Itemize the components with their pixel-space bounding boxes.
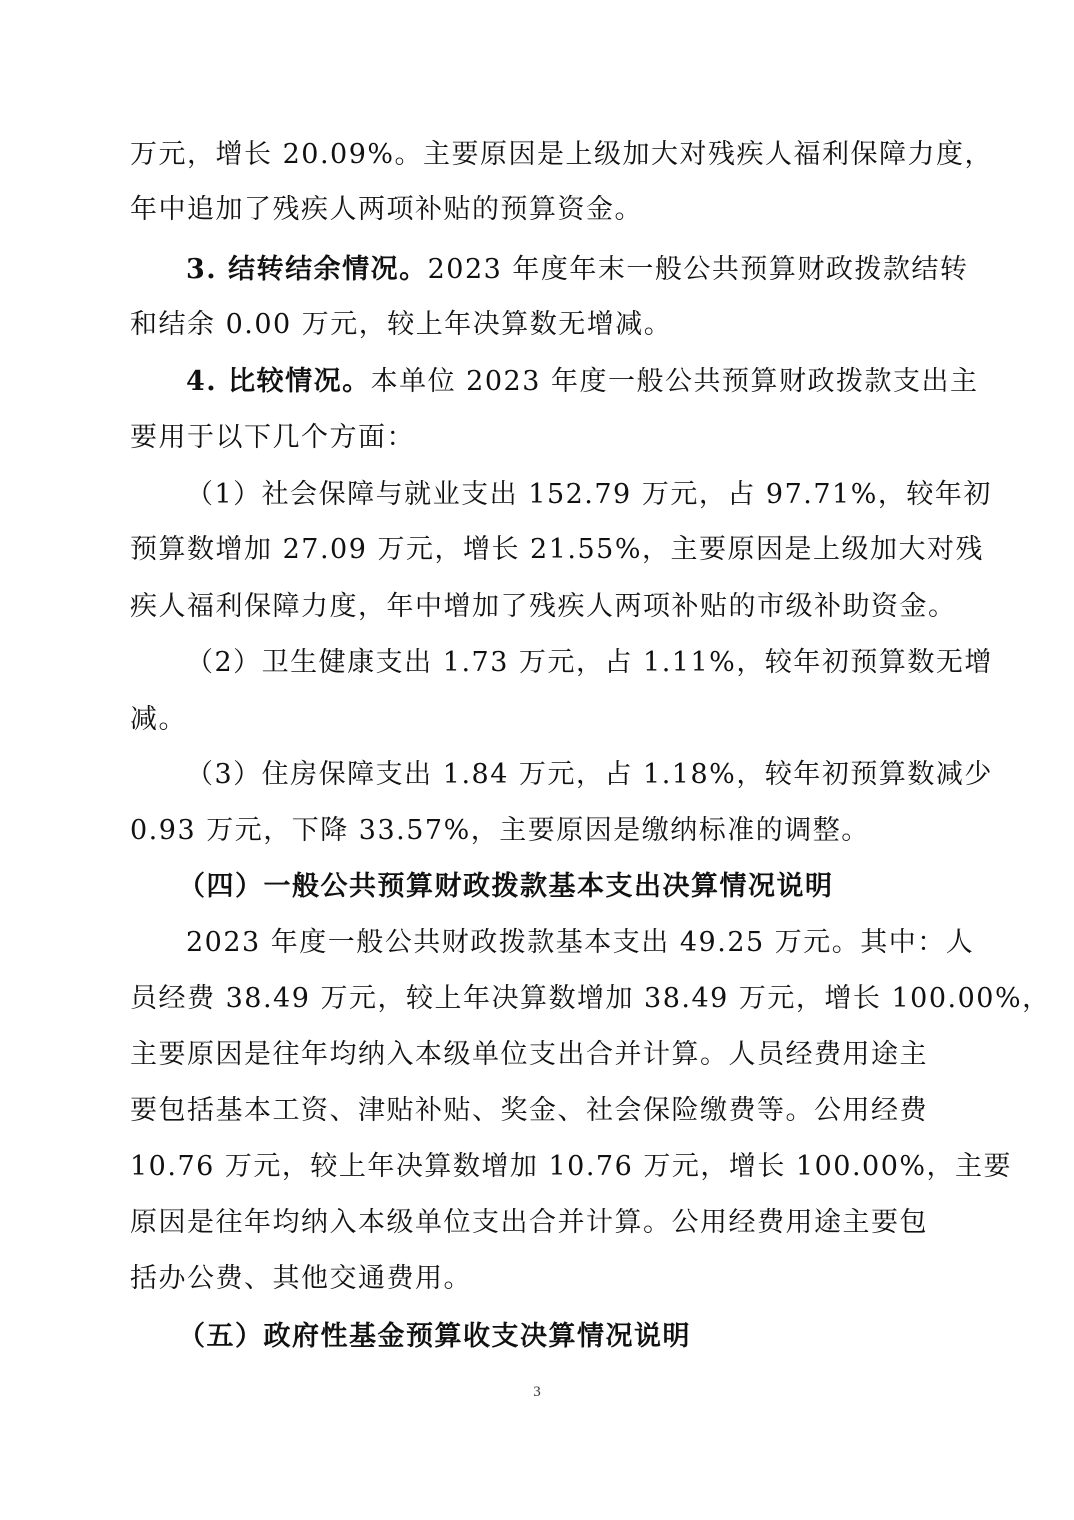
paragraph-line: 疾人福利保障力度，年中增加了残疾人两项补贴的市级补助资金。 [130, 579, 957, 635]
paragraph-line: 年中追加了残疾人两项补贴的预算资金。 [130, 182, 643, 238]
paragraph-line: 预算数增加 27.09 万元，增长 21.55%，主要原因是上级加大对残 [130, 522, 984, 578]
paragraph-line: 0.93 万元，下降 33.57%，主要原因是缴纳标准的调整。 [130, 803, 870, 859]
section-heading-5: （五）政府性基金预算收支决算情况说明 [178, 1309, 691, 1365]
carryover-paragraph: 3. 结转结余情况。2023 年度年末一般公共预算财政拨款结转 [186, 242, 968, 298]
paragraph-line: 要用于以下几个方面： [130, 410, 415, 466]
paragraph-text: 2023 年度年末一般公共预算财政拨款结转 [428, 254, 969, 285]
paragraph-line: 和结余 0.00 万元，较上年决算数无增减。 [130, 297, 672, 353]
list-item-3: （3）住房保障支出 1.84 万元，占 1.18%，较年初预算数减少 [186, 747, 993, 803]
paragraph-line: 括办公费、其他交通费用。 [130, 1251, 472, 1307]
paragraph-line: 2023 年度一般公共财政拨款基本支出 49.25 万元。其中：人 [186, 915, 974, 971]
section-lead-carryover: 3. 结转结余情况。 [186, 254, 428, 285]
section-lead-comparison: 4. 比较情况。 [186, 366, 371, 397]
page-number: 3 [0, 1384, 1074, 1401]
paragraph-line: 减。 [130, 692, 187, 748]
list-item-2: （2）卫生健康支出 1.73 万元，占 1.11%，较年初预算数无增 [186, 635, 993, 691]
section-heading-4: （四）一般公共预算财政拨款基本支出决算情况说明 [178, 859, 834, 915]
paragraph-text: 本单位 2023 年度一般公共预算财政拨款支出主 [371, 366, 979, 397]
paragraph-line: 原因是往年均纳入本级单位支出合并计算。公用经费用途主要包 [130, 1195, 928, 1251]
paragraph-line: 万元，增长 20.09%。主要原因是上级加大对残疾人福利保障力度， [130, 127, 993, 183]
paragraph-line: 主要原因是往年均纳入本级单位支出合并计算。人员经费用途主 [130, 1027, 928, 1083]
paragraph-line: 要包括基本工资、津贴补贴、奖金、社会保险缴费等。公用经费 [130, 1083, 928, 1139]
comparison-paragraph: 4. 比较情况。本单位 2023 年度一般公共预算财政拨款支出主 [186, 354, 978, 410]
paragraph-line: 10.76 万元，较上年决算数增加 10.76 万元，增长 100.00%，主要 [130, 1139, 1012, 1195]
paragraph-line: 员经费 38.49 万元，较上年决算数增加 38.49 万元，增长 100.00… [130, 971, 1051, 1027]
list-item-1: （1）社会保障与就业支出 152.79 万元，占 97.71%，较年初 [186, 467, 992, 523]
